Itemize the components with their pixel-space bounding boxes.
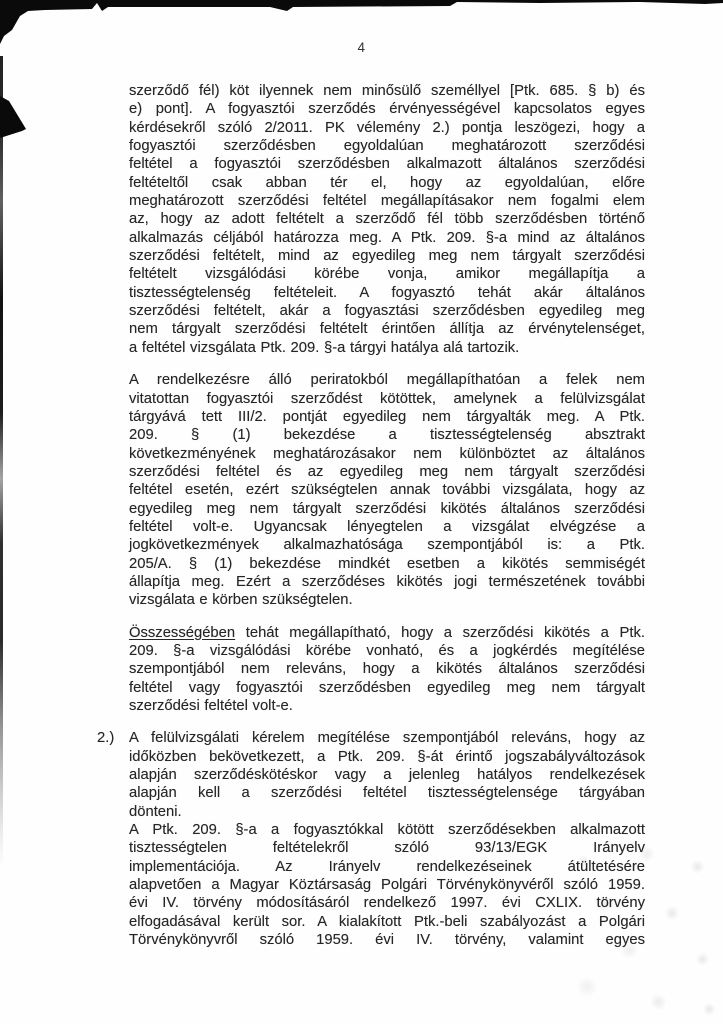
text-line: 209. § (1) bekezdése a tisztességtelensé… (129, 426, 645, 444)
scanned-page: 4 szerződő fél) köt ilyennek nem minősül… (0, 0, 723, 1024)
text-line: a feltétel vizsgálata Ptk. 209. §-a tárg… (129, 339, 645, 357)
list-item-text: A felülvizsgálati kérelem megítélése sze… (129, 729, 645, 949)
text-line: vizsgálata e körben szükségtelen. (129, 591, 645, 609)
text-line: kérdésekről szóló 2/2011. PK vélemény 2.… (129, 119, 645, 137)
text-line: az, hogy az adott feltételt a szerződő f… (129, 210, 645, 228)
text-line: alapvetően a Magyar Köztársaság Polgári … (129, 876, 645, 894)
text-line: tisztességtelen feltételekről szóló 93/1… (129, 839, 645, 857)
text-line: tárgyává tett III/2. pontját egyedileg n… (129, 408, 645, 426)
text-line: állapítja meg. Ezért a szerződéses kiköt… (129, 573, 645, 591)
text-line: feltétel volt-e. Ugyancsak lényegtelen a… (129, 518, 645, 536)
text-line: következményének meghatározásakor nem kü… (129, 445, 645, 463)
text-line: tisztességtelenség feltételeit. A fogyas… (129, 284, 645, 302)
scan-artifact-left-edge (0, 56, 3, 868)
text-line: alapján szerződéskötéskor vagy a jelenle… (129, 766, 645, 784)
text-line: A Ptk. 209. §-a a fogyasztókkal kötött s… (129, 821, 645, 839)
text-line: implementációja. Az Irányelv rendelkezés… (129, 858, 645, 876)
document-body: szerződő fél) köt ilyennek nem minősülő … (97, 82, 645, 949)
scan-artifact-left-wedge (0, 96, 26, 138)
list-item-number: 2.) (97, 729, 129, 949)
text-line: időközben bekövetkezett, a Ptk. 209. §-á… (129, 748, 645, 766)
text-line: fogyasztói szerződésben egyoldalúan megh… (129, 137, 645, 155)
text-line: alkalmazás céljából határozza meg. A Ptk… (129, 229, 645, 247)
text-line: meghatározott szerződési feltétel megáll… (129, 192, 645, 210)
text-line: feltétel a fogyasztói szerződésben alkal… (129, 155, 645, 173)
text-line: 209. §-a vizsgálódási körébe vonható, és… (129, 642, 645, 660)
text-line: feltételtől csak abban tér el, hogy az e… (129, 174, 645, 192)
text-line: szempontjából nem releváns, hogy a kiköt… (129, 660, 645, 678)
text-line: szerződési feltétel és az egyedileg meg … (129, 463, 645, 481)
text-line: szerződési feltételt, mind az egyedileg … (129, 247, 645, 265)
text-line: egyedileg meg nem tárgyalt szerződési ki… (129, 500, 645, 518)
text-line: jogkövetkezmények alkalmazhatósága szemp… (129, 536, 645, 554)
text-line: szerződő fél) köt ilyennek nem minősülő … (129, 82, 645, 100)
text-line: Összességében tehát megállapítható, hogy… (129, 624, 645, 642)
text-line: évi IV. törvény módosításáról rendelkező… (129, 894, 645, 912)
paragraph: szerződő fél) köt ilyennek nem minősülő … (129, 82, 645, 357)
text-line: alapján kell a szerződési feltétel tiszt… (129, 784, 645, 802)
text-line: elfogadásával került sor. A kialakított … (129, 913, 645, 931)
text-line: szerződési feltétel volt-e. (129, 697, 645, 715)
paragraph: Összességében tehát megállapítható, hogy… (129, 624, 645, 716)
text-line: vitatottan fogyasztói szerződést kötötte… (129, 390, 645, 408)
text-line: Törvénykönyvről szóló 1959. évi IV. törv… (129, 931, 645, 949)
underlined-word: Összességében (129, 625, 235, 641)
text-line: dönteni. (129, 803, 645, 821)
text-line: feltétel esetén, ezért szükségtelen anna… (129, 481, 645, 499)
text-line: szerződési feltételt, akár a fogyasztási… (129, 302, 645, 320)
text-line: A rendelkezésre álló periratokból megáll… (129, 371, 645, 389)
text-line: 205/A. § (1) bekezdése mindkét esetben a… (129, 555, 645, 573)
list-item: 2.)A felülvizsgálati kérelem megítélése … (97, 729, 645, 949)
text-line: feltételt vizsgálódási körébe vonja, ami… (129, 265, 645, 283)
text-line: feltétel vagy fogyasztói szerződésben eg… (129, 679, 645, 697)
text-line: e) pont]. A fogyasztói szerződés érvénye… (129, 100, 645, 118)
text-line: A felülvizsgálati kérelem megítélése sze… (129, 729, 645, 747)
paragraph: A rendelkezésre álló periratokból megáll… (129, 371, 645, 609)
page-number: 4 (0, 40, 723, 55)
text-line: nem tárgyalt szerződési feltételt érintő… (129, 320, 645, 338)
